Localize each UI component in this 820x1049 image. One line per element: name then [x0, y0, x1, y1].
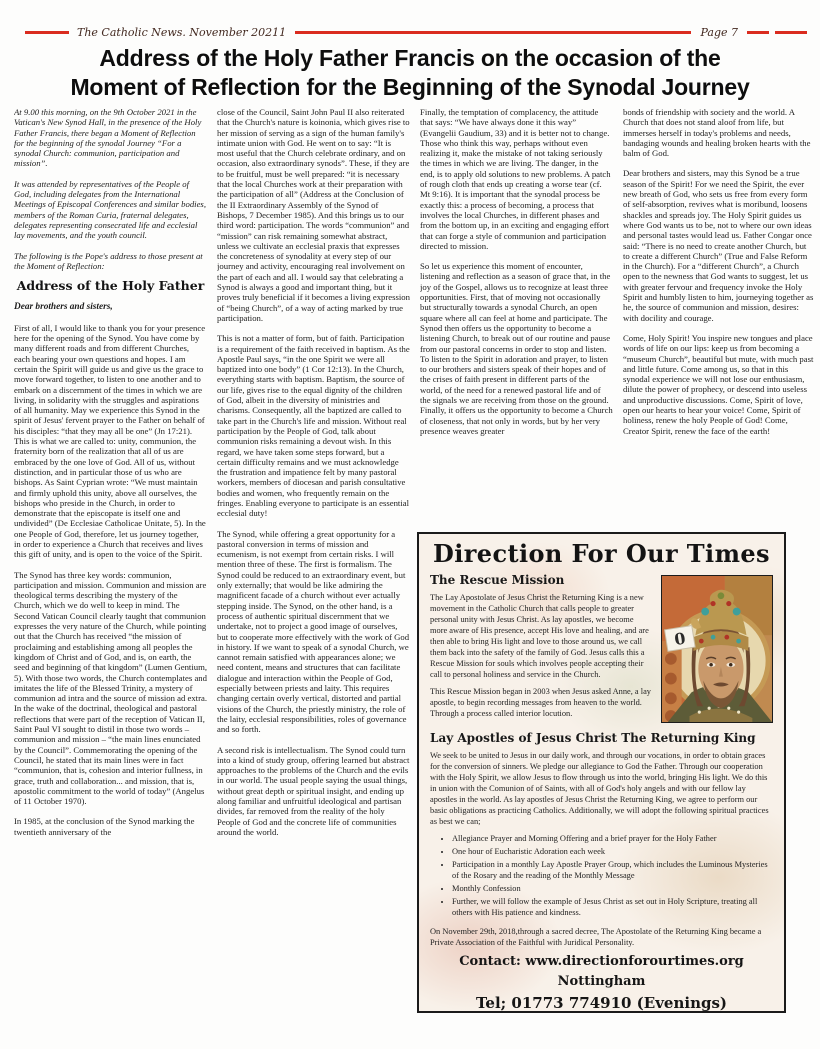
masthead-rule-left — [25, 31, 69, 34]
ad-practices-list: Allegiance Prayer and Morning Offering a… — [452, 833, 773, 918]
body-paragraph: First of all, I would like to thank you … — [14, 323, 207, 560]
body-paragraph: In 1985, at the conclusion of the Synod … — [14, 816, 207, 837]
article-title-line-1: Address of the Holy Father Francis on th… — [99, 45, 720, 71]
body-paragraph: This is not a matter of form, but of fai… — [217, 333, 410, 518]
list-item: Participation in a monthly Lay Apostle P… — [452, 859, 773, 881]
intro-paragraph: At 9.00 this morning, on the 9th October… — [14, 107, 207, 169]
page-number: Page 7 — [700, 26, 738, 39]
body-paragraph: A second risk is intellectualism. The Sy… — [217, 745, 410, 838]
body-paragraph: Dear brothers and sisters, may this Syno… — [623, 168, 815, 322]
body-paragraph: The Synod has three key words: communion… — [14, 570, 207, 807]
article-title: Address of the Holy Father Francis on th… — [4, 44, 816, 101]
body-paragraph: Come, Holy Spirit! You inspire new tongu… — [623, 333, 815, 436]
column-4: bonds of friendship with society and the… — [623, 107, 815, 521]
masthead-rule-right-1 — [747, 31, 769, 34]
list-item: Monthly Confession — [452, 883, 773, 894]
intro-paragraph: It was attended by representatives of th… — [14, 179, 207, 241]
ad-lay-apostles-heading: Lay Apostles of Jesus Christ The Returni… — [430, 731, 773, 745]
masthead-rule-right-2 — [775, 31, 807, 34]
ad-contact-city: Nottingham — [430, 974, 773, 989]
ad-contact-website: Contact: www.directionforourtimes.org — [430, 954, 773, 969]
image-number-plate: 0 — [665, 626, 696, 652]
list-item: One hour of Eucharistic Adoration each w… — [452, 846, 773, 857]
body-paragraph: bonds of friendship with society and the… — [623, 107, 815, 158]
column-3: Finally, the temptation of complacency, … — [420, 107, 613, 511]
body-paragraph: Finally, the temptation of complacency, … — [420, 107, 613, 251]
article-title-line-2: Moment of Reflection for the Beginning o… — [70, 74, 749, 100]
christ-the-king-icon: 0 — [662, 576, 772, 722]
section-heading: Address of the Holy Father — [14, 281, 207, 291]
intro-paragraph: The following is the Pope's address to t… — [14, 251, 207, 272]
ad-title: Direction For Our Times — [430, 540, 773, 568]
ad-decree-paragraph: On November 29th, 2018,through a sacred … — [430, 926, 773, 948]
body-paragraph: close of the Council, Saint John Paul II… — [217, 107, 410, 323]
ad-contact-block: Contact: www.directionforourtimes.org No… — [430, 954, 773, 1012]
ad-contact-phone: Tel; 01773 774910 (Evenings) — [430, 994, 773, 1012]
newspaper-name-date: The Catholic News. November 20211 — [77, 26, 286, 39]
body-paragraph: So let us experience this moment of enco… — [420, 261, 613, 436]
advert-direction-for-our-times: Direction For Our Times — [417, 532, 786, 1013]
christ-the-king-image: 0 — [661, 575, 773, 723]
column-2: close of the Council, Saint John Paul II… — [217, 107, 410, 1043]
list-item: Allegiance Prayer and Morning Offering a… — [452, 833, 773, 844]
body-paragraph: The Synod, while offering a great opport… — [217, 529, 410, 735]
column-1: At 9.00 this morning, on the 9th October… — [14, 107, 207, 1043]
salutation: Dear brothers and sisters, — [14, 302, 207, 312]
newspaper-page: The Catholic News. November 20211 Page 7… — [0, 0, 820, 1049]
ad-paragraph: We seek to be united to Jesus in our dai… — [430, 750, 773, 827]
masthead: The Catholic News. November 20211 Page 7 — [25, 26, 807, 39]
masthead-rule-center — [295, 31, 691, 34]
list-item: Further, we will follow the example of J… — [452, 896, 773, 918]
